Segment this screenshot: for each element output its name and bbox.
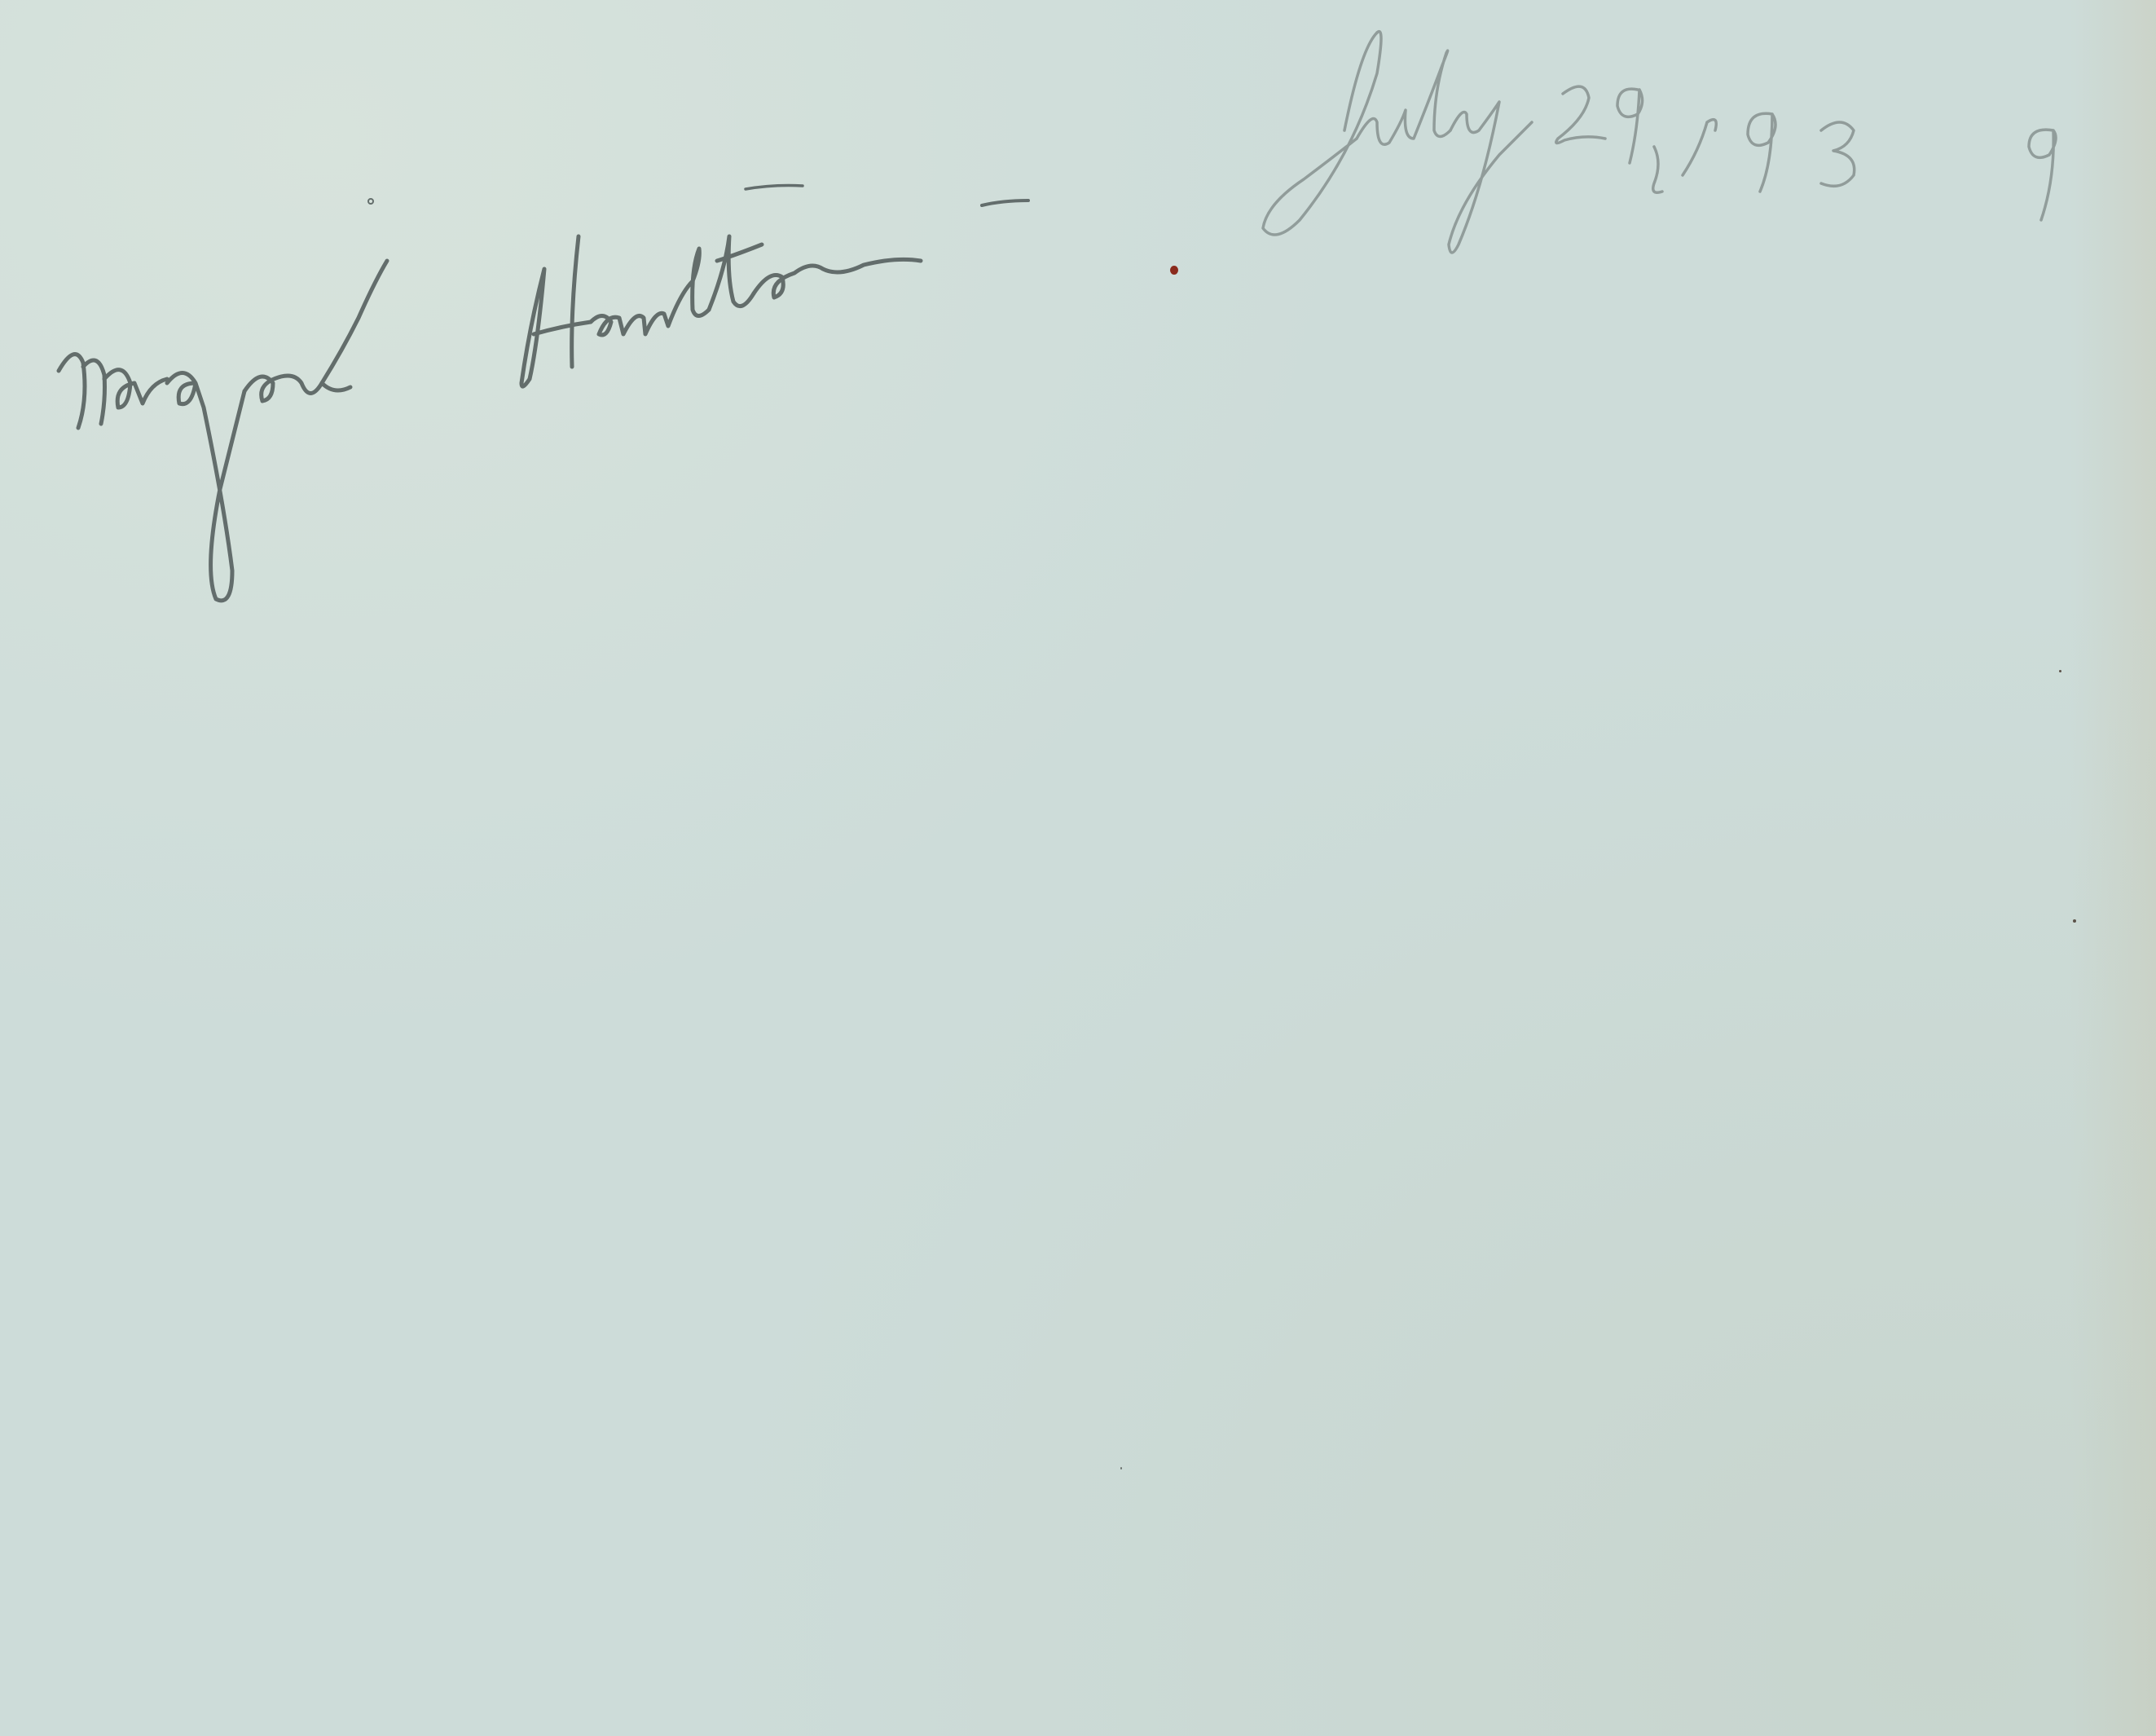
- album-page: Margaret Hamilton July 29, 1939: [0, 0, 2156, 1736]
- signature-margaret: [59, 261, 387, 601]
- signature-hamilton: [368, 186, 1028, 387]
- paper-dot: [2059, 670, 2061, 672]
- date-july: [1263, 32, 1532, 253]
- handwriting-layer: [0, 0, 2156, 1736]
- date-day-year: [1556, 86, 2056, 220]
- red-speck-mark: [1170, 266, 1178, 275]
- paper-dot: [1120, 1467, 1122, 1469]
- paper-dot: [2073, 919, 2076, 923]
